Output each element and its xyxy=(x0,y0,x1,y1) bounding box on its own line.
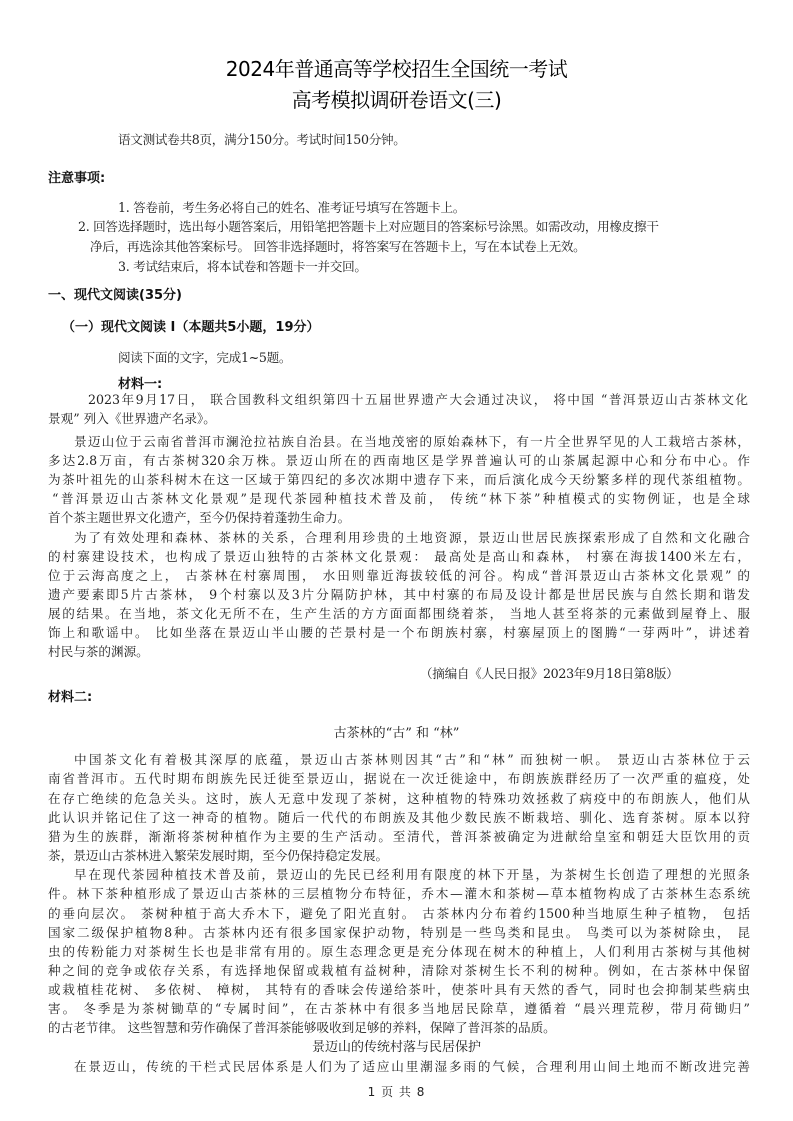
material2-line: 此认识并铭记住了这一神奇的植物。随后一代代的布朗族及其他少数民族不断栽培、驯化、… xyxy=(48,807,750,826)
reading-instruction: 阅读下面的文字，完成1~5题。 xyxy=(118,347,291,366)
material2-label: 材料二: xyxy=(48,686,92,705)
material2-line: 中国茶文化有着极其深厚的底蕴，景迈山古茶林则因其“古”和“林” 而独树一帜。 景… xyxy=(74,749,750,768)
notice-item-2: 2. 回答选择题时，选出每小题答案后，用铅笔把答题卡上对应题目的答案标号涂黑。如… xyxy=(78,216,659,235)
material2-line: 猎为生的族群，渐渐将茶树种植作为主要的生产活动。至清代，普洱茶被确定为进献给皇室… xyxy=(48,826,750,845)
article-title: 古茶林的“古” 和 “林” xyxy=(0,722,793,741)
material2-line: 或栽植桂花树、 多依树、 樟树， 其特有的香味会传递给茶叶，使茶叶具有天然的香气… xyxy=(48,979,750,998)
material2-line: 南省普洱市。五代时期布朗族先民迁徙至景迈山，据说在一次迁徙途中，布朗族族群经历了… xyxy=(48,768,750,787)
section-heading: 一、现代文阅读(35分) xyxy=(48,284,182,303)
exam-info: 语文测试卷共8页，满分150分。考试时间150分钟。 xyxy=(118,129,406,148)
subsection-heading: （一）现代文阅读 Ⅰ（本题共5小题，19分） xyxy=(62,316,320,335)
material2-line: 茶，景迈山古茶林进入繁荣发展时期，至今仍保持稳定发展。 xyxy=(48,848,388,863)
material1-line: 饰上和歌谣中。 比如坐落在景迈山半山腰的芒景村是一个布朗族村寨，村寨屋顶上的图腾… xyxy=(48,622,750,641)
material1-line: 为了有效处理和森林、茶林的关系，合理利用珍贵的土地资源，景迈山世居民族探索形成了… xyxy=(74,527,750,546)
notice-item-2-cont: 净后，再选涂其他答案标号。 回答非选择题时，将答案写在答题卡上，写在本试卷上无效… xyxy=(90,236,585,255)
material1-line: 展的结果。在当地，茶文化无所不在，生产生活的方方面面都围绕着茶， 当地人甚至将茶… xyxy=(48,603,750,622)
material1-line: 村民与茶的渊源。 xyxy=(48,644,149,659)
material1-line: 2023年9月17日， 联合国教科文组织第四十五届世界遗产大会通过决议， 将中国… xyxy=(88,389,748,408)
material2-line: 件。林下茶种植形成了景迈山古茶林的三层植物分布特征，乔木—灌木和茶树—草本植物构… xyxy=(48,883,750,902)
material1-source: （摘编自《人民日报》2023年9月18日第8版） xyxy=(420,663,678,682)
exam-subtitle: 高考模拟调研卷语文(三) xyxy=(0,84,793,113)
material2-line: 早在现代茶园种植技术普及前，景迈山的先民已经利用有限度的林下开垦，为茶树生长创造… xyxy=(74,864,750,883)
material1-line: 景观” 列入《世界遗产名录》。 xyxy=(48,411,216,426)
material1-line: 位于云海高度之上， 古茶林在村寨周围， 水田则靠近海拔较低的河谷。构成“普洱景迈… xyxy=(48,565,750,584)
material1-line: 景迈山位于云南省普洱市澜沧拉祜族自治县。在当地茂密的原始森林下，有一片全世界罕见… xyxy=(74,431,750,450)
material2-line: 种之间的竞争或依存关系，有选择地保留或栽植有益树种，清除对茶树生长不利的树种。例… xyxy=(48,960,750,979)
material2-line: 在存亡绝续的危急关头。这时，族人无意中发现了茶树，这种植物的特殊功效拯救了病疫中… xyxy=(48,788,750,807)
exam-title: 2024年普通高等学校招生全国统一考试 xyxy=(0,53,793,82)
material1-line: 首个茶主题世界文化遗产，至今仍保持着蓬勃生命力。 xyxy=(48,510,350,525)
material2-line: 的古老节律。 这些智慧和劳作确保了普洱茶能够吸收到足够的养料，保障了普洱茶的品质… xyxy=(48,1020,556,1035)
material1-line: 遗产要素即5片古茶林， 9个村寨以及3片分隔防护林，其中村寨的布局及设计都是世居… xyxy=(48,584,750,603)
material2-line: 虫的传粉能力对茶树生长也是非常有用的。原生态理念更是充分体现在树木的种植上，人们… xyxy=(48,941,750,960)
material1-line: 多达2.8万亩，有古茶树320余万株。景迈山所在的西南地区是学界普遍认可的山茶属… xyxy=(48,450,750,469)
notice-item-1: 1. 答卷前，考生务必将自己的姓名、准考证号填写在答题卡上。 xyxy=(118,197,465,216)
subsection-title: 景迈山的传统村落与民居保护 xyxy=(0,1036,793,1055)
material1-line: 为茶叶祖先的山茶科树木在这一区域于第四纪的多次冰期中遗存下来，而后演化成今天纷繁… xyxy=(48,469,750,488)
material2-line: 害。 冬季是为茶树锄草的“专属时间”，在古茶林中有很多当地居民除草，遵循着 “晨… xyxy=(48,998,750,1017)
page-indicator: 1 页 共 8 xyxy=(0,1083,793,1100)
material2-line: 国家二级保护植物8种。古茶林内还有很多国家保护动物，特别是一些鸟类和昆虫。 鸟类… xyxy=(48,922,750,941)
notices-heading: 注意事项: xyxy=(48,167,105,186)
notice-item-3: 3. 考试结束后，将本试卷和答题卡一并交回。 xyxy=(118,256,367,275)
material1-line: 的村寨建设技术，也构成了景迈山独特的古茶林文化景观： 最高处是高山和森林， 村寨… xyxy=(48,546,750,565)
material2-line: 在景迈山，传统的干栏式民居体系是人们为了适应山里潮湿多雨的气候，合理利用山间土地… xyxy=(74,1056,750,1075)
material2-line: 的垂向层次。 茶树种植于高大乔木下，避免了阳光直射。 古茶林内分布着约1500种… xyxy=(48,903,750,922)
material1-line: “普洱景迈山古茶林文化景观”是现代茶园种植技术普及前， 传统“林下茶”种植模式的… xyxy=(52,488,750,507)
